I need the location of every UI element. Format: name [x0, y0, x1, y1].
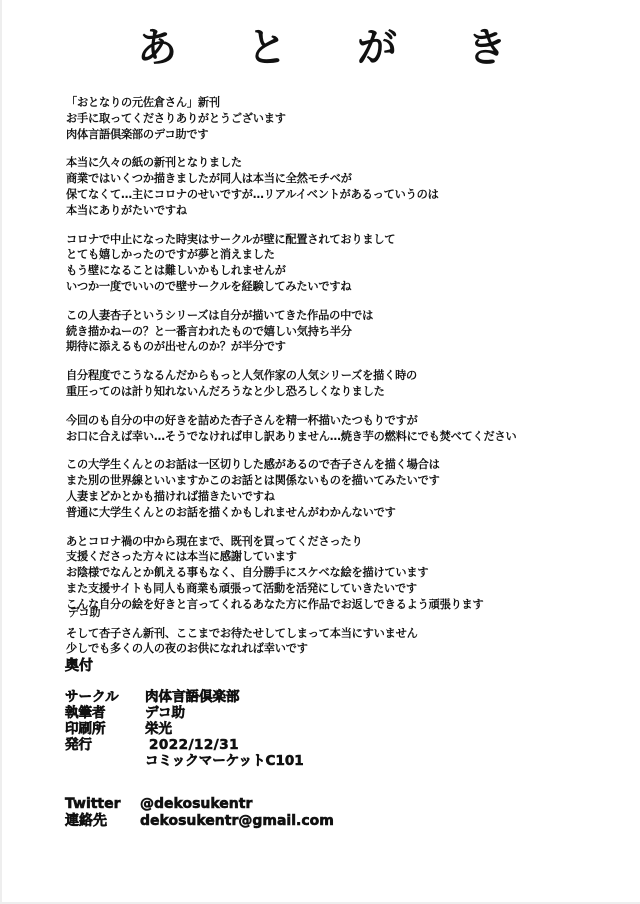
text-line: もう壁になることは難しいかもしれませんが	[66, 263, 606, 279]
afterword-page: あ と が き 「おとなりの元佐倉さん」新刊 お手に取ってくださりありがとうござ…	[0, 0, 640, 904]
text-line: この人妻杏子というシリーズは自分が描いてきた作品の中では	[66, 308, 606, 324]
text-line: この大学生くんとのお話は一区切りした感があるので杏子さんを描く場合は	[66, 457, 606, 473]
colophon-value: 栄光	[145, 721, 172, 737]
colophon-label: サークル	[65, 689, 145, 705]
text-line: 今回のも自分の中の好きを詰めた杏子さんを精一杯描いたつもりですが	[66, 413, 606, 429]
text-line: 商業ではいくつか描きましたが同人は本当に全然モチベが	[66, 171, 606, 187]
text-line: 期待に添えるものが出せんのか？が半分です	[66, 339, 606, 355]
text-line: 本当にありがたいですね	[66, 203, 606, 219]
paragraph: 自分程度でこうなるんだからもっと人気作家の人気シリーズを描く時の 重圧ってのは計…	[66, 368, 606, 400]
colophon-row-printer: 印刷所 栄光	[65, 721, 304, 737]
colophon-row-published: 発行 2022/12/31	[65, 737, 304, 753]
paragraph: そして杏子さん新刊、ここまでお待たせしてしまって本当にすいません 少しでも多くの…	[66, 626, 606, 658]
paragraph: あとコロナ禍の中から現在まで、既刊を買ってくださったり 支援くださった方々には本…	[66, 534, 606, 613]
text-line: そして杏子さん新刊、ここまでお待たせしてしまって本当にすいません	[66, 626, 606, 642]
paragraph: 今回のも自分の中の好きを詰めた杏子さんを精一杯描いたつもりですが お口に合えば幸…	[66, 413, 606, 445]
paragraph: この人妻杏子というシリーズは自分が描いてきた作品の中では 続き描かねーの？と一番…	[66, 308, 606, 355]
text-line: 本当に久々の紙の新刊となりました	[66, 155, 606, 171]
text-line: また支援サイトも同人も商業も頑張って活動を活発にしていきたいです	[66, 581, 606, 597]
paragraph: コロナで中止になった時実はサークルが壁に配置されておりまして とても嬉しかったの…	[66, 232, 606, 295]
colophon-row-author: 執筆者 デコ助	[65, 705, 304, 721]
text-line: いつか一度でいいので壁サークルを経験してみたいですね	[66, 279, 606, 295]
colophon-row-circle: サークル 肉体言語倶楽部	[65, 689, 304, 705]
paragraph: 「おとなりの元佐倉さん」新刊 お手に取ってくださりありがとうございます 肉体言語…	[66, 95, 606, 142]
colophon-value: 2022/12/31	[145, 737, 239, 753]
text-line: 普通に大学生くんとのお話を描くかもしれませんがわかんないです	[66, 505, 606, 521]
text-line: 少しでも多くの人の夜のお供になれれば幸いです	[66, 641, 606, 657]
text-line: 続き描かねーの？と一番言われたもので嬉しい気持ち半分	[66, 324, 606, 340]
text-line: コロナで中止になった時実はサークルが壁に配置されておりまして	[66, 232, 606, 248]
signature: デコ助	[68, 604, 101, 620]
text-line: 自分程度でこうなるんだからもっと人気作家の人気シリーズを描く時の	[66, 368, 606, 384]
text-line: とても嬉しかったのですが夢と消えました	[66, 247, 606, 263]
colophon-value: 肉体言語倶楽部	[145, 689, 240, 705]
colophon-label: 発行	[65, 737, 145, 753]
email-address: dekosukentr@gmail.com	[140, 813, 334, 830]
text-line: こんな自分の絵を好きと言ってくれるあなた方に作品でお返しできるよう頑張ります	[66, 597, 606, 613]
text-line: お口に合えば幸い…そうでなければ申し訳ありません…焼き芋の燃料にでも焚べてくださ…	[66, 429, 606, 445]
afterword-body: 「おとなりの元佐倉さん」新刊 お手に取ってくださりありがとうございます 肉体言語…	[66, 95, 606, 670]
contact-info: Twitter @dekosukentr 連絡先 dekosukentr@gma…	[65, 796, 334, 830]
paragraph: この大学生くんとのお話は一区切りした感があるので杏子さんを描く場合は また別の世…	[66, 457, 606, 520]
text-line: また別の世界線といいますかこのお話とは関係ないものを描いてみたいです	[66, 473, 606, 489]
colophon-row-event: コミックマーケットC101	[65, 753, 304, 769]
colophon-heading: 奥付	[65, 655, 93, 675]
colophon-label: 執筆者	[65, 705, 145, 721]
twitter-handle: @dekosukentr	[140, 796, 252, 813]
text-line: 人妻まどかとかも描ければ描きたいですね	[66, 489, 606, 505]
text-line: 支援くださった方々には本当に感謝しています	[66, 549, 606, 565]
contact-row-twitter: Twitter @dekosukentr	[65, 796, 334, 813]
text-line: あとコロナ禍の中から現在まで、既刊を買ってくださったり	[66, 534, 606, 550]
text-line: お手に取ってくださりありがとうございます	[66, 111, 606, 127]
text-line: 「おとなりの元佐倉さん」新刊	[66, 95, 606, 111]
text-line: 肉体言語倶楽部のデコ助です	[66, 127, 606, 143]
contact-label: 連絡先	[65, 813, 140, 830]
contact-label: Twitter	[65, 796, 140, 813]
text-line: 保てなくて…主にコロナのせいですが…リアルイベントがあるっていうのは	[66, 187, 606, 203]
colophon-table: サークル 肉体言語倶楽部 執筆者 デコ助 印刷所 栄光 発行 2022/12/3…	[65, 689, 304, 769]
page-title: あ と が き	[2, 24, 640, 72]
text-line: 重圧ってのは計り知れないんだろうなと少し恐ろしくなりました	[66, 384, 606, 400]
colophon-value: コミックマーケットC101	[145, 753, 304, 769]
text-line: お陰様でなんとか飢える事もなく、自分勝手にスケベな絵を描けています	[66, 565, 606, 581]
paragraph: 本当に久々の紙の新刊となりました 商業ではいくつか描きましたが同人は本当に全然モ…	[66, 155, 606, 218]
colophon-label	[65, 753, 145, 769]
colophon-value: デコ助	[145, 705, 185, 721]
contact-row-email: 連絡先 dekosukentr@gmail.com	[65, 813, 334, 830]
colophon-label: 印刷所	[65, 721, 145, 737]
